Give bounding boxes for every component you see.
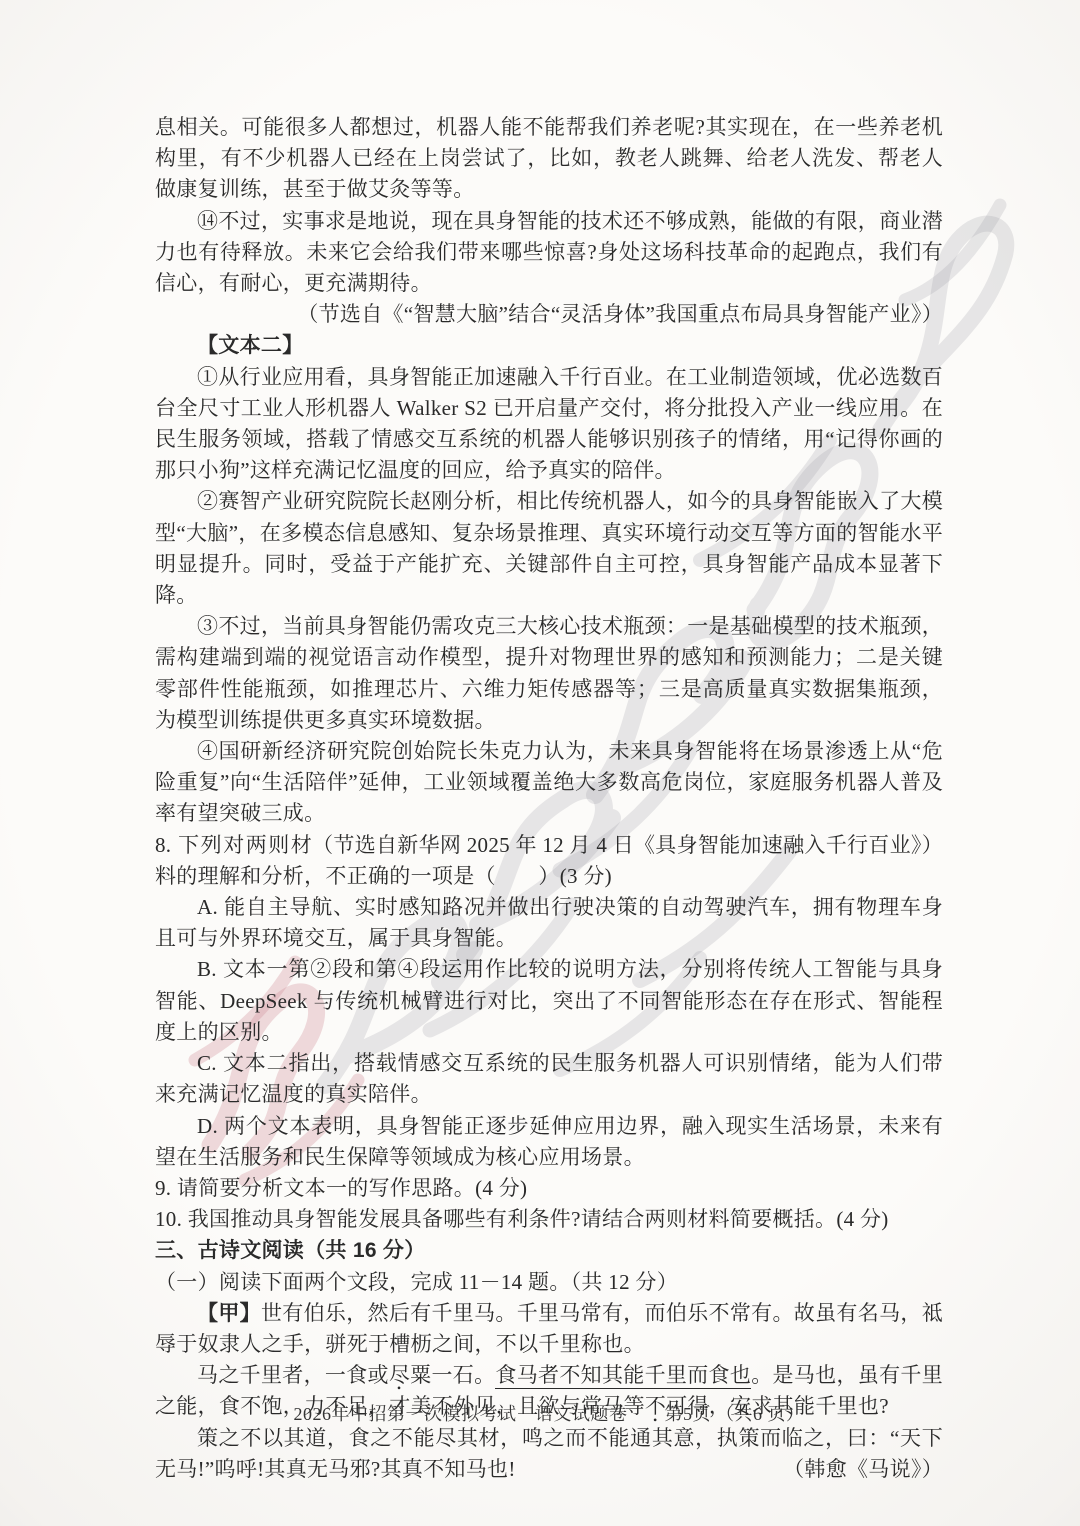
exam-page: 息相关。可能很多人都想过，机器人能不能帮我们养老呢?其实现在，在一些养老机构里，… (0, 0, 1080, 1526)
question-10: 10. 我国推动具身智能发展具备哪些有利条件?请结合两则材料简要概括。(4 分) (155, 1204, 943, 1235)
text-segment: 尽粟一石。 (389, 1363, 496, 1387)
source-citation-1: （节选自《“智慧大脑”结合“灵活身体”我国重点布局具身智能产业》） (297, 299, 943, 330)
text-segment: 马之千里者，一食 (197, 1363, 368, 1387)
question-9: 9. 请简要分析文本一的写作思路。(4 分) (155, 1173, 943, 1204)
document-body: 息相关。可能很多人都想过，机器人能不能帮我们养老呢?其实现在，在一些养老机构里，… (155, 112, 943, 1485)
paragraph-14: ⑭不过，实事求是地说，现在具身智能的技术还不够成熟，能做的有限，商业潜力也有待释… (155, 206, 943, 300)
question-8-option-a: A. 能自主导航、实时感知路况并做出行驶决策的自动驾驶汽车，拥有物理车身且可与外… (155, 892, 943, 954)
paragraph-13-continuation: 息相关。可能很多人都想过，机器人能不能帮我们养老呢?其实现在，在一些养老机构里，… (155, 112, 943, 206)
paragraph-14-text: ⑭不过，实事求是地说，现在具身智能的技术还不够成熟，能做的有限，商业潜力也有待释… (155, 209, 943, 295)
text2-paragraph-1: ①从行业应用看，具身智能正加速融入千行百业。在工业制造领域，优必选数百台全尺寸工… (155, 362, 943, 487)
question-8-option-b: B. 文本一第②段和第④段运用作比较的说明方法，分别将传统人工智能与具身智能、D… (155, 954, 943, 1048)
classical-paragraph-1: 【甲】世有伯乐，然后有千里马。千里马常有，而伯乐不常有。故虽有名马，祗辱于奴隶人… (155, 1298, 943, 1360)
question-8-option-c: C. 文本二指出，搭载情感交互系统的民生服务机器人可识别情绪，能为人们带来充满记… (155, 1048, 943, 1110)
text2-paragraph-3: ③不过，当前具身智能仍需攻克三大核心技术瓶颈：一是基础模型的技术瓶颈，需构建端到… (155, 611, 943, 736)
section-3-heading: 三、古诗文阅读（共 16 分） (155, 1235, 943, 1266)
underlined-phrase: 食马者不知其能千里而食也 (495, 1363, 751, 1389)
text2-paragraph-4: ④国研新经济研究院创始院长朱克力认为，未来具身智能将在场景渗透上从“危险重复”向… (155, 736, 943, 830)
text2-paragraph-2: ②赛智产业研究院院长赵刚分析，相比传统机器人，如今的具身智能嵌入了大模型“大脑”… (155, 486, 943, 611)
page-footer: 2026年中招第一次模拟考试 语文试题卷 第5页 （共6 页） (155, 1400, 943, 1426)
text-segment: 世有伯乐，然后有千里马。千里马常有，而伯乐不常有。故虽有名马，祗辱于奴隶人之手，… (155, 1301, 943, 1356)
section-3-1-instruction: （一）阅读下面两个文段，完成 11－14 题。（共 12 分） (155, 1267, 943, 1298)
emphasized-char: 或 (368, 1363, 389, 1387)
question-8-option-d: D. 两个文本表明，具身智能正逐步延伸应用边界，融入现实生活场景，未来有望在生活… (155, 1111, 943, 1173)
source-citation-3: （韩愈《马说》） (783, 1454, 943, 1485)
source-citation-2: （节选自新华网 2025 年 12 月 4 日《具身智能加速融入千行百业》） (312, 830, 943, 861)
text2-paragraph-4-text: ④国研新经济研究院创始院长朱克力认为，未来具身智能将在场景渗透上从“危险重复”向… (155, 739, 943, 825)
inline-heading: 【甲】 (197, 1302, 261, 1325)
classical-paragraph-3: 策之不以其道，食之不能尽其材，鸣之而不能通其意，执策而临之，曰：“天下无马!”呜… (155, 1423, 943, 1485)
